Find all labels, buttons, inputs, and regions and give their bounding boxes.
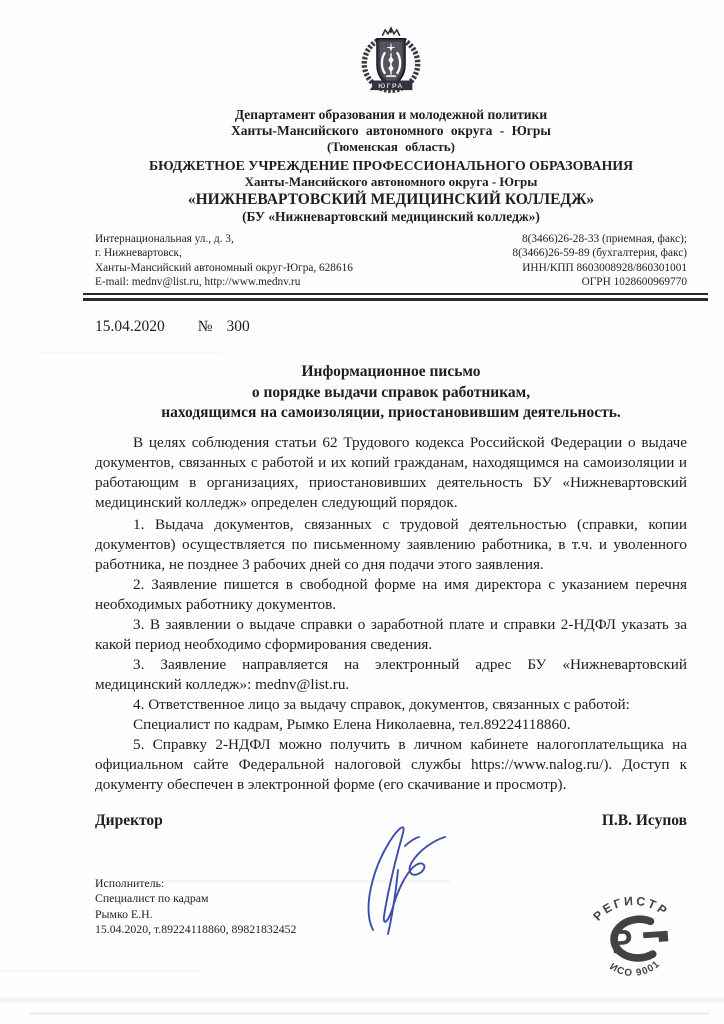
iso-register-stamp: РЕГИСТР ИСО 9001 Р [574, 884, 692, 999]
paragraph-item-5: 5. Справку 2-НДФЛ можно получить в лично… [95, 735, 687, 795]
paragraph-item-3b: 3. Заявление направляется на электронный… [95, 655, 687, 695]
phone-line: 8(3466)26-59-89 (бухгалтерия, факс) [512, 246, 687, 260]
paragraph-contact-person: Специалист по кадрам, Рымко Елена Никола… [95, 715, 687, 735]
address-block: Интернациональная ул., д. 3, г. Нижневар… [95, 232, 353, 289]
scan-noise [30, 1012, 710, 1015]
address-line: Интернациональная ул., д. 3, [95, 232, 353, 246]
letter-number: 300 [227, 318, 250, 336]
org-header-line: (Тюменская область) [95, 139, 687, 154]
letter-content: ЮГРА Департамент образования и молодежно… [95, 26, 687, 938]
org-header-line: БЮДЖЕТНОЕ УЧРЕЖДЕНИЕ ПРОФЕССИОНАЛЬНОГО О… [95, 157, 687, 174]
address-line: Ханты-Мансийский автономный округ-Югра, … [95, 261, 353, 275]
paragraph-item-3: 3. В заявлении о выдаче справки о зарабо… [95, 615, 687, 655]
title-line: находящимся на самоизоляции, приостанови… [95, 403, 687, 424]
scan-noise [0, 970, 200, 972]
address-line: г. Нижневартовск, [95, 246, 353, 260]
ogrn-line: ОГРН 1028600969770 [512, 275, 687, 289]
org-header: Департамент образования и молодежной пол… [95, 107, 687, 225]
signing-row: Директор П.В. Исупов [95, 812, 687, 830]
stamp-center-letter: Р [610, 922, 634, 960]
coat-of-arms-yugra-icon: ЮГРА [357, 26, 425, 103]
org-name: «НИЖНЕВАРТОВСКИЙ МЕДИЦИНСКИЙ КОЛЛЕДЖ» [95, 191, 687, 209]
scanned-letter-page: ЮГРА Департамент образования и молодежно… [0, 0, 724, 1024]
org-header-line: Ханты-Мансийского автономного округа - Ю… [95, 174, 687, 190]
org-header-line: Департамент образования и молодежной пол… [95, 107, 687, 123]
emblem-banner-text: ЮГРА [378, 83, 404, 90]
org-name-short: (БУ «Нижневартовский медицинский колледж… [95, 209, 687, 225]
letter-title: Информационное письмо о порядке выдачи с… [95, 362, 687, 424]
title-line: о порядке выдачи справок работникам, [95, 383, 687, 404]
title-line: Информационное письмо [95, 362, 687, 383]
org-header-line: Ханты-Мансийского автономного округа - Ю… [95, 123, 687, 139]
letter-body: В целях соблюдения статьи 62 Трудового к… [95, 433, 687, 795]
address-email-url: E-mail: mednv@list.ru, http://www.mednv.… [95, 275, 353, 289]
inn-kpp-line: ИНН/КПП 8603008928/860301001 [512, 261, 687, 275]
header-divider [83, 293, 708, 301]
paragraph-intro: В целях соблюдения статьи 62 Трудового к… [95, 433, 687, 513]
signer-name: П.В. Исупов [602, 812, 687, 830]
info-row: Интернациональная ул., д. 3, г. Нижневар… [95, 232, 687, 289]
paragraph-item-1: 1. Выдача документов, связанных с трудов… [95, 515, 687, 575]
paragraph-item-2: 2. Заявление пишется в свободной форме н… [95, 575, 687, 615]
letter-date: 15.04.2020 [95, 318, 165, 336]
contacts-block: 8(3466)26-28-33 (приемная, факс); 8(3466… [512, 232, 687, 289]
letter-number-sign: № [198, 318, 213, 336]
reference-line: 15.04.2020 № 300 [95, 318, 687, 336]
paragraph-item-4: 4. Ответственное лицо за выдачу справок,… [95, 695, 687, 715]
phone-line: 8(3466)26-28-33 (приемная, факс); [512, 232, 687, 246]
signer-role: Директор [95, 812, 163, 830]
